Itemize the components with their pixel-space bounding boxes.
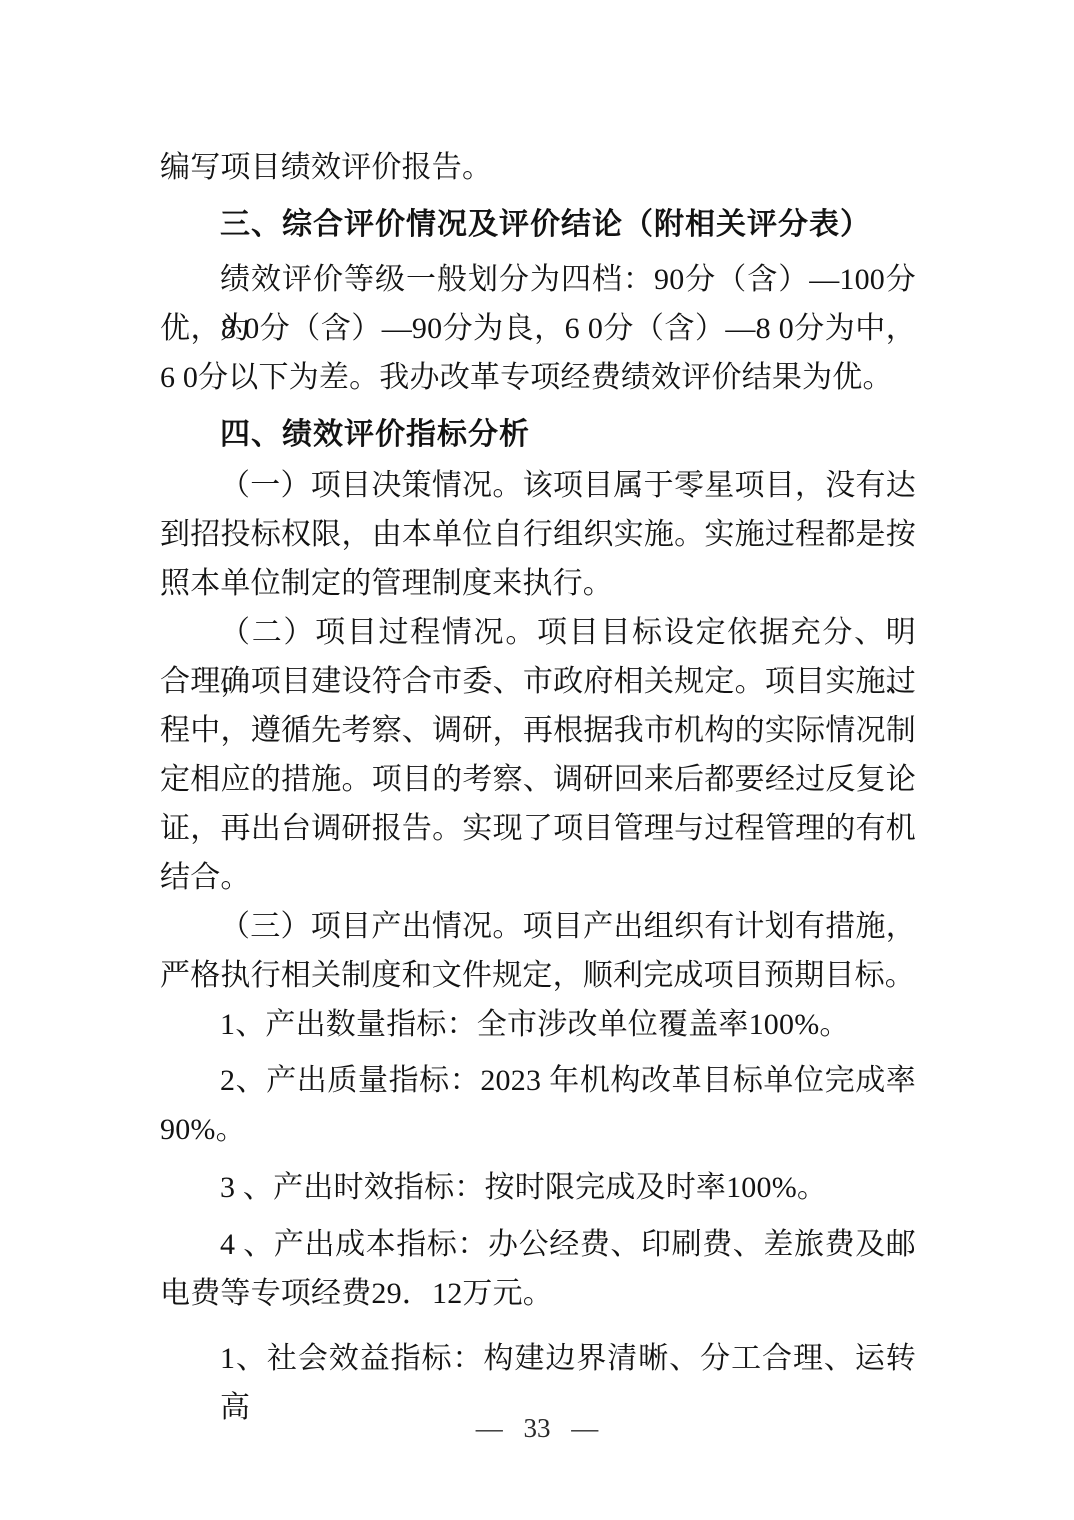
body-line: 4 、产出成本指标：办公经费、印刷费、差旅费及邮	[160, 1220, 916, 1269]
body-line: （二）项目过程情况。项目目标设定依据充分、明确、	[160, 608, 916, 657]
body-line: 1、产出数量指标：全市涉改单位覆盖率100%。	[160, 1000, 916, 1049]
heading-line: 四、绩效评价指标分析	[160, 410, 916, 459]
body-line: 3 、产出时效指标：按时限完成及时率100%。	[160, 1163, 916, 1212]
body-line: 90%。	[160, 1105, 916, 1154]
page-number: — 33 —	[476, 1413, 599, 1443]
body-line: 严格执行相关制度和文件规定，顺利完成项目预期目标。	[160, 951, 916, 1000]
heading-line: 三、综合评价情况及评价结论（附相关评分表）	[160, 200, 916, 249]
body-line: 合理，项目建设符合市委、市政府相关规定。项目实施过	[160, 657, 916, 706]
body-line: （一）项目决策情况。该项目属于零星项目，没有达	[160, 461, 916, 510]
body-line: 2、产出质量指标：2023 年机构改革目标单位完成率	[160, 1056, 916, 1105]
body-line: 优，8 0分（含）—90分为良，6 0分（含）—8 0分为中，	[160, 304, 916, 353]
body-line: 电费等专项经费29．12万元。	[160, 1269, 916, 1318]
body-line: 定相应的措施。项目的考察、调研回来后都要经过反复论	[160, 755, 916, 804]
body-line: 证，再出台调研报告。实现了项目管理与过程管理的有机	[160, 804, 916, 853]
body-line: 绩效评价等级一般划分为四档：90分（含）—100分为	[160, 255, 916, 304]
body-line: 到招投标权限，由本单位自行组织实施。实施过程都是按	[160, 510, 916, 559]
body-line: 编写项目绩效评价报告。	[160, 143, 916, 192]
body-line: 照本单位制定的管理制度来执行。	[160, 559, 916, 608]
body-line: 程中，遵循先考察、调研，再根据我市机构的实际情况制	[160, 706, 916, 755]
document-body: 编写项目绩效评价报告。三、综合评价情况及评价结论（附相关评分表）绩效评价等级一般…	[160, 143, 916, 1383]
document-page: 编写项目绩效评价报告。三、综合评价情况及评价结论（附相关评分表）绩效评价等级一般…	[0, 0, 1074, 1520]
body-line: 1、社会效益指标：构建边界清晰、分工合理、运转高	[160, 1334, 916, 1383]
body-line: 结合。	[160, 853, 916, 902]
body-line: （三）项目产出情况。项目产出组织有计划有措施，	[160, 902, 916, 951]
page-footer: — 33 —	[0, 1408, 1074, 1448]
body-line: 6 0分以下为差。我办改革专项经费绩效评价结果为优。	[160, 353, 916, 402]
